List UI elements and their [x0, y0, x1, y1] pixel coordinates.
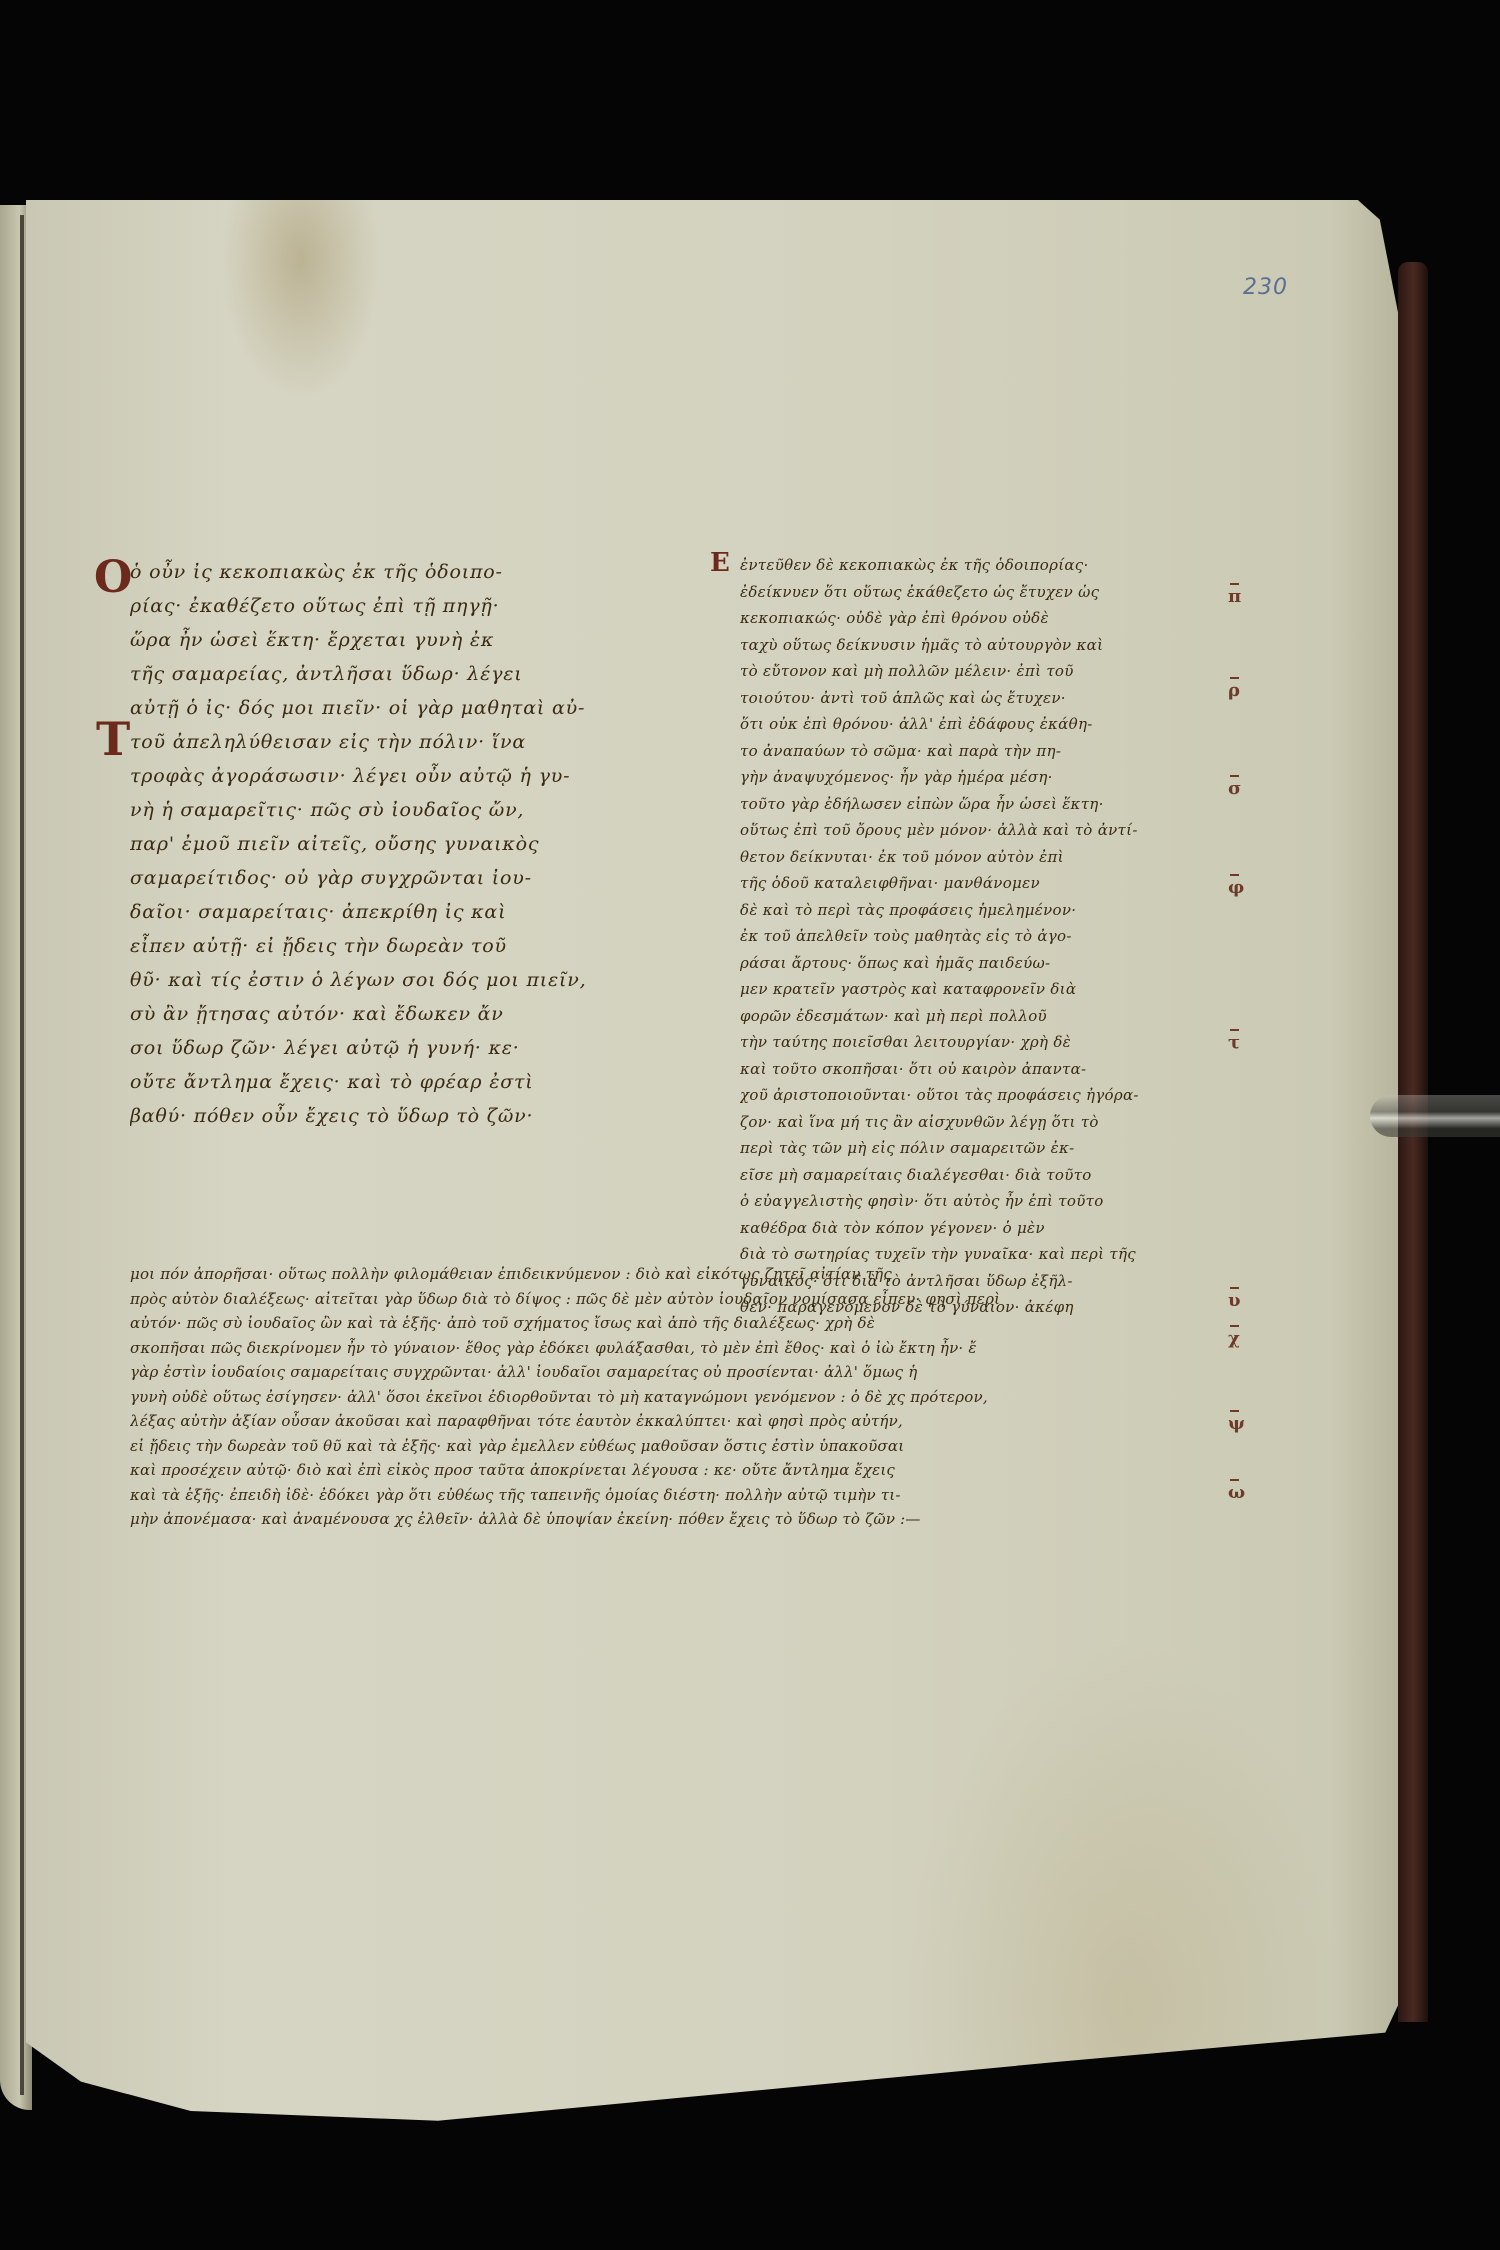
decorated-initial: Ε — [710, 548, 730, 578]
decorated-initial: Ο — [94, 552, 132, 603]
binding-gutter — [20, 215, 24, 2095]
text-line: ὥρα ἦν ὡσεὶ ἕκτη· ἔρχεται γυνὴ ἐκ — [130, 623, 690, 657]
text-line: οὔτε ἄντλημα ἔχεις· καὶ τὸ φρέαρ ἐστὶ — [130, 1065, 690, 1099]
marginal-numeral: υ — [1228, 1290, 1241, 1311]
text-line: τῆς σαμαρείας, ἀντλῆσαι ὕδωρ· λέγει — [130, 657, 690, 691]
text-line: οὕτως ἐπὶ τοῦ ὄρους μὲν μόνον· ἀλλὰ καὶ … — [740, 817, 1195, 844]
page-clip — [1370, 1095, 1500, 1137]
text-line: πρὸς αὐτὸν διαλέξεως· αἰτεῖται γὰρ ὕδωρ … — [130, 1287, 1190, 1312]
text-line: τροφὰς ἀγοράσωσιν· λέγει οὖν αὐτῷ ἡ γυ- — [130, 759, 690, 793]
text-line: καὶ προσέχειν αὐτῷ· διὸ καὶ ἐπὶ εἰκὸς πρ… — [130, 1458, 1190, 1483]
text-line: σκοπῆσαι πῶς διεκρίνομεν ἦν τὸ γύναιον· … — [130, 1336, 1190, 1361]
text-line: γυνὴ οὐδὲ οὕτως ἐσίγησεν· ἀλλ' ὅσοι ἐκεῖ… — [130, 1385, 1190, 1410]
text-line: καὶ τὰ ἑξῆς· ἐπειδὴ ἰδὲ· ἐδόκει γὰρ ὅτι … — [130, 1483, 1190, 1508]
text-line: μοι πόν ἀπορῆσαι· οὕτως πολλὴν φιλομάθει… — [130, 1262, 1190, 1287]
marginal-numeral: ω — [1228, 1482, 1245, 1503]
marginal-numeral: ρ — [1228, 680, 1240, 701]
text-line: ἐντεῦθεν δὲ κεκοπιακὼς ἐκ τῆς ὁδοιπορίας… — [740, 552, 1195, 579]
text-line: μὴν ἀπονέμασα· καὶ ἀναμένουσα χς ἐλθεῖν·… — [130, 1507, 1190, 1532]
text-line: τοῦ ἀπεληλύθεισαν εἰς τὴν πόλιν· ἵνα — [130, 725, 690, 759]
marginal-numeral: π — [1228, 586, 1241, 607]
text-line: το ἀναπαύων τὸ σῶμα· καὶ παρὰ τὴν πη- — [740, 738, 1195, 765]
marginal-numeral: φ — [1228, 877, 1244, 898]
text-line: θῦ· καὶ τίς ἐστιν ὁ λέγων σοι δός μοι πι… — [130, 963, 690, 997]
text-line: παρ' ἐμοῦ πιεῖν αἰτεῖς, οὔσης γυναικὸς — [130, 827, 690, 861]
text-line: χοῦ ἀριστοποιοῦνται· οὕτοι τὰς προφάσεις… — [740, 1082, 1195, 1109]
text-line: μεν κρατεῖν γαστρὸς καὶ καταφρονεῖν διὰ — [740, 976, 1195, 1003]
right-commentary-column: ἐντεῦθεν δὲ κεκοπιακὼς ἐκ τῆς ὁδοιπορίας… — [740, 552, 1195, 1321]
text-line: κεκοπιακώς· οὐδὲ γὰρ ἐπὶ θρόνου οὐδὲ — [740, 605, 1195, 632]
text-line: τὴν ταύτης ποιεῖσθαι λειτουργίαν· χρὴ δὲ — [740, 1029, 1195, 1056]
text-line: βαθύ· πόθεν οὖν ἔχεις τὸ ὕδωρ τὸ ζῶν· — [130, 1099, 690, 1133]
marginal-numeral: ψ — [1228, 1413, 1245, 1434]
bottom-commentary-block: μοι πόν ἀπορῆσαι· οὕτως πολλὴν φιλομάθει… — [130, 1262, 1190, 1532]
text-line: εῖσε μὴ σαμαρείταις διαλέγεσθαι· διὰ τοῦ… — [740, 1162, 1195, 1189]
text-line: ράσαι ἄρτους· ὅπως καὶ ἡμᾶς παιδεύω- — [740, 950, 1195, 977]
text-line: ρίας· ἐκαθέζετο οὕτως ἐπὶ τῇ πηγῇ· — [130, 589, 690, 623]
text-line: ἐκ τοῦ ἀπελθεῖν τοὺς μαθητὰς εἰς τὸ ἀγο- — [740, 923, 1195, 950]
text-line: καθέδρα διὰ τὸν κόπον γέγονεν· ὁ μὲν — [740, 1215, 1195, 1242]
book-cover-edge — [1398, 262, 1428, 2022]
marginal-numeral: σ — [1228, 778, 1241, 799]
decorated-initial: Τ — [96, 712, 130, 766]
text-line: εἰ ᾔδεις τὴν δωρεὰν τοῦ θῦ καὶ τὰ ἑξῆς· … — [130, 1434, 1190, 1459]
text-line: αὐτόν· πῶς σὺ ἰουδαῖος ὢν καὶ τὰ ἑξῆς· ἀ… — [130, 1311, 1190, 1336]
left-text-column: ὁ οὖν ἰς κεκοπιακὼς ἐκ τῆς ὁδοιπο-ρίας· … — [130, 555, 690, 1133]
text-line: ὅτι οὐκ ἐπὶ θρόνου· ἀλλ' ἐπὶ ἐδάφους ἐκά… — [740, 711, 1195, 738]
text-line: νὴ ἡ σαμαρεῖτις· πῶς σὺ ἰουδαῖος ὤν, — [130, 793, 690, 827]
text-line: φορῶν ἐδεσμάτων· καὶ μὴ περὶ πολλοῦ — [740, 1003, 1195, 1030]
text-line: σαμαρείτιδος· οὐ γὰρ συγχρῶνται ἰου- — [130, 861, 690, 895]
text-line: λέξας αὐτὴν ἀξίαν οὖσαν ἀκοῦσαι καὶ παρα… — [130, 1409, 1190, 1434]
marginal-numeral: τ — [1228, 1032, 1240, 1053]
text-line: αὐτῇ ὁ ἰς· δός μοι πιεῖν· οἱ γὰρ μαθηταὶ… — [130, 691, 690, 725]
text-line: ἐδείκνυεν ὅτι οὕτως ἐκάθεζετο ὡς ἔτυχεν … — [740, 579, 1195, 606]
text-line: σοι ὕδωρ ζῶν· λέγει αὐτῷ ἡ γυνή· κε· — [130, 1031, 690, 1065]
text-line: ζον· καὶ ἵνα μή τις ἂν αἰσχυνθῶν λέγῃ ὅτ… — [740, 1109, 1195, 1136]
text-line: ταχὺ οὕτως δείκνυσιν ἡμᾶς τὸ αὐτουργὸν κ… — [740, 632, 1195, 659]
text-line: γὴν ἀναψυχόμενος· ἦν γὰρ ἡμέρα μέση· — [740, 764, 1195, 791]
marginal-numeral: χ — [1228, 1328, 1240, 1349]
text-line: δὲ καὶ τὸ περὶ τὰς προφάσεις ἡμελημένον· — [740, 897, 1195, 924]
text-line: τὸ εὔτονον καὶ μὴ πολλῶν μέλειν· ἐπὶ τοῦ — [740, 658, 1195, 685]
text-line: τῆς ὁδοῦ καταλειφθῆναι· μανθάνομεν — [740, 870, 1195, 897]
text-line: δαῖοι· σαμαρείταις· ἀπεκρίθη ἰς καὶ — [130, 895, 690, 929]
text-line: ὁ εὐαγγελιστὴς φησὶν· ὅτι αὐτὸς ἦν ἐπὶ τ… — [740, 1188, 1195, 1215]
folio-number: 230 — [1243, 275, 1288, 300]
text-line: θετον δείκνυται· ἐκ τοῦ μόνον αὐτὸν ἐπὶ — [740, 844, 1195, 871]
text-line: τοιούτου· ἀντὶ τοῦ ἁπλῶς καὶ ὡς ἔτυχεν· — [740, 685, 1195, 712]
text-line: περὶ τὰς τῶν μὴ εἰς πόλιν σαμαρειτῶν ἐκ- — [740, 1135, 1195, 1162]
text-line: καὶ τοῦτο σκοπῆσαι· ὅτι οὐ καιρὸν ἀπαντα… — [740, 1056, 1195, 1083]
text-line: γὰρ ἐστὶν ἰουδαίοις σαμαρείταις συγχρῶντ… — [130, 1360, 1190, 1385]
text-line: τοῦτο γὰρ ἐδήλωσεν εἰπὼν ὥρα ἦν ὡσεὶ ἕκτ… — [740, 791, 1195, 818]
text-line: ὁ οὖν ἰς κεκοπιακὼς ἐκ τῆς ὁδοιπο- — [130, 555, 690, 589]
text-line: σὺ ἂν ᾔτησας αὐτόν· καὶ ἔδωκεν ἄν — [130, 997, 690, 1031]
text-line: εἶπεν αὐτῇ· εἰ ᾔδεις τὴν δωρεὰν τοῦ — [130, 929, 690, 963]
